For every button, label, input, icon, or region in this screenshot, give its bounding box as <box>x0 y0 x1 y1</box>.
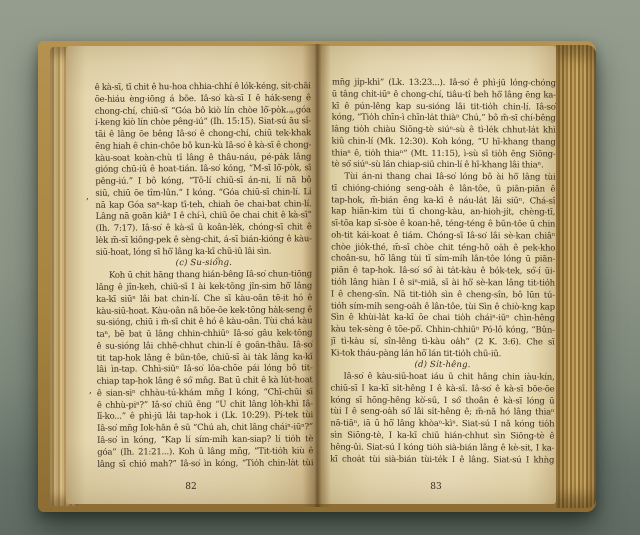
open-book: , , ê kà-sī, tī chit ê hu-hoa chhia-chhí… <box>0 0 640 535</box>
text-line: kī choa̍t tùi sià-bián tùi-te̍k I ê lâng… <box>330 454 554 467</box>
text-line: kiû chin-lí (Mk. 12:30). Koh kóng, “Ū hī… <box>332 136 556 149</box>
text-line: chiū-sī I ka-kī si̍t-hêng I ê kà-sī. Iâ-… <box>330 383 554 396</box>
right-page-number: 83 <box>316 482 556 492</box>
text-line: I ê cheng-sîn. Nā tit-tio̍h sìn ê cheng-… <box>331 289 555 302</box>
text-line: tio̍h sím-mi̍h seng-oa̍h ê lân-tôe, tùi … <box>331 301 555 314</box>
text-line: siū, chiū ōe tîm-lûn.” I kóng. “Góa chiū… <box>95 187 311 200</box>
text-line: piān ê tap-hok. Iâ-so͘ só͘ ài ta̍t-kàu ê… <box>331 266 555 279</box>
right-page: mn̄g ji̍p-khì” (Lk. 13:23...). Iâ-so͘ ê … <box>316 46 556 504</box>
stray-print-mark: , <box>86 192 89 202</box>
text-line: kàu tek-sèng ê tōe-pō͘. Chhin-chhiūⁿ Pó-… <box>331 325 555 338</box>
left-page-number: 82 <box>66 482 316 492</box>
text-line: tap-hok, m̄-bián ēng ka-kī ê náu-la̍t lâ… <box>331 195 555 208</box>
text-line: lâng sī chió mah?” Iâ-so͘ ìn kóng, “Tio̍… <box>97 458 313 471</box>
text-line: tio̍h lâng hiàn I ê siⁿ-miā, sī ài hō͘ s… <box>331 278 555 291</box>
text-line: ê sian-siⁿ chhàu-tú-khám mn̄g I kóng, “C… <box>97 387 313 400</box>
text-line: kóng, “Tio̍h chīn-ì chīn-la̍t thiàⁿ Chú,… <box>332 113 556 126</box>
text-line: hêng-ûi. Siat-sú I kóng tio̍h sià-bián l… <box>330 442 554 455</box>
left-page: , , ê kà-sī, tī chit ê hu-hoa chhia-chhí… <box>66 46 316 504</box>
text-line: ēng hiah ê chin-chōe bô kun-kù Iâ-so͘ ê … <box>95 140 311 153</box>
text-line: lâng tio̍h chiàu Siōng-tè siúⁿ-sù ê tì-l… <box>332 125 556 138</box>
text-line: kap hiān-kim tùi tī chong-kàu, an-hioh-j… <box>331 207 555 220</box>
text-line: Sìn ê khùi-la̍t ka-kī ōe chai tio̍h chái… <box>331 313 555 326</box>
left-page-text: ê kà-sī, tī chit ê hu-hoa chhia-chhí ê l… <box>95 81 314 471</box>
text-line: góa” (Ih. 21:21...). Koh ū lâng mn̄g, “T… <box>97 446 313 459</box>
text-line: Tùi án-ni thang chai Iâ-so͘ lóng bô ài h… <box>331 172 555 185</box>
text-line: tùi I ê seng-oa̍h só͘ lâi si̍t-hêng ê; m… <box>330 407 554 420</box>
text-line: jī tì-kàu sí, sîn-lêng tì-kàu oa̍h” (2 K… <box>331 336 555 349</box>
text-line: Iâ-so͘ ê kàu-siū-hoat iáu ū chit hāng ch… <box>331 372 555 385</box>
text-line: sī-tōa kap sī-sòe ê koan-hē, téng-téng ê… <box>331 219 555 232</box>
text-line: chòe jio̍k-thé, m̄-sī chòe chit téng-hō … <box>331 242 555 255</box>
text-line: le̍k m̄-sī kiông-pek ê sèng-chit, á-sī b… <box>96 234 312 247</box>
text-line: Ki-tok tháu-pàng lán hō͘ lán tit-tio̍h c… <box>331 348 555 361</box>
text-line: kóng sī hōng-hêng kò͘-sū, I só͘ thoân ê … <box>330 395 554 408</box>
text-line: kī ê pún-lêng kap su-sióng lâi tit-tio̍h… <box>332 101 556 114</box>
text-line: choân-su, hō͘ lâng tùi tī sím-mi̍h lân-t… <box>331 254 555 267</box>
stray-print-mark: , <box>89 386 92 396</box>
text-line: ka-kī siūⁿ lâi bat chin-lí. Che sī kàu-o… <box>96 293 312 306</box>
text-line: ōe-hiáu èng-iōng á bōe. Iâ-so͘ kà-sī I ê… <box>95 93 311 106</box>
text-line: mn̄g ji̍p-khì” (Lk. 13:23...). Iâ-so͘ ê … <box>332 78 556 91</box>
text-line: ū tâng chi̍t-iūⁿ ê chong-chí, tiâu-tî be… <box>332 89 556 102</box>
text-line: thiaⁿ ê, tio̍h thiaⁿ” (Mt. 11:15), ì-sù … <box>331 148 555 161</box>
photo-background: , , ê kà-sī, tī chit ê hu-hoa chhia-chhí… <box>0 0 640 535</box>
text-line: oh-tit kái-koat ê tiám. Chóng-sī Iâ-so͘ … <box>331 230 555 243</box>
text-line: ê su-sióng lâi chhē-chhut chin-lí ê goân… <box>96 340 312 353</box>
text-line: tè só͘ siúⁿ-sù lán chiap-siū chin-lí ê h… <box>331 160 555 173</box>
text-line: tī chióng-chióng seng-oa̍h ê lân-tôe, ū … <box>331 183 555 196</box>
section-heading: (d) Si̍t-hêng. <box>331 360 555 373</box>
text-line: sìn Siōng-tè, I ka-kī chiū hián-chhut sì… <box>330 430 554 443</box>
right-page-text: mn̄g ji̍p-khì” (Lk. 13:23...). Iâ-so͘ ê … <box>330 78 556 467</box>
right-fore-edge-stack <box>556 45 596 508</box>
text-line: nā-tiāⁿ, iā ū hō͘ lâng khòaⁿ-kìⁿ. Siat-s… <box>330 419 554 432</box>
